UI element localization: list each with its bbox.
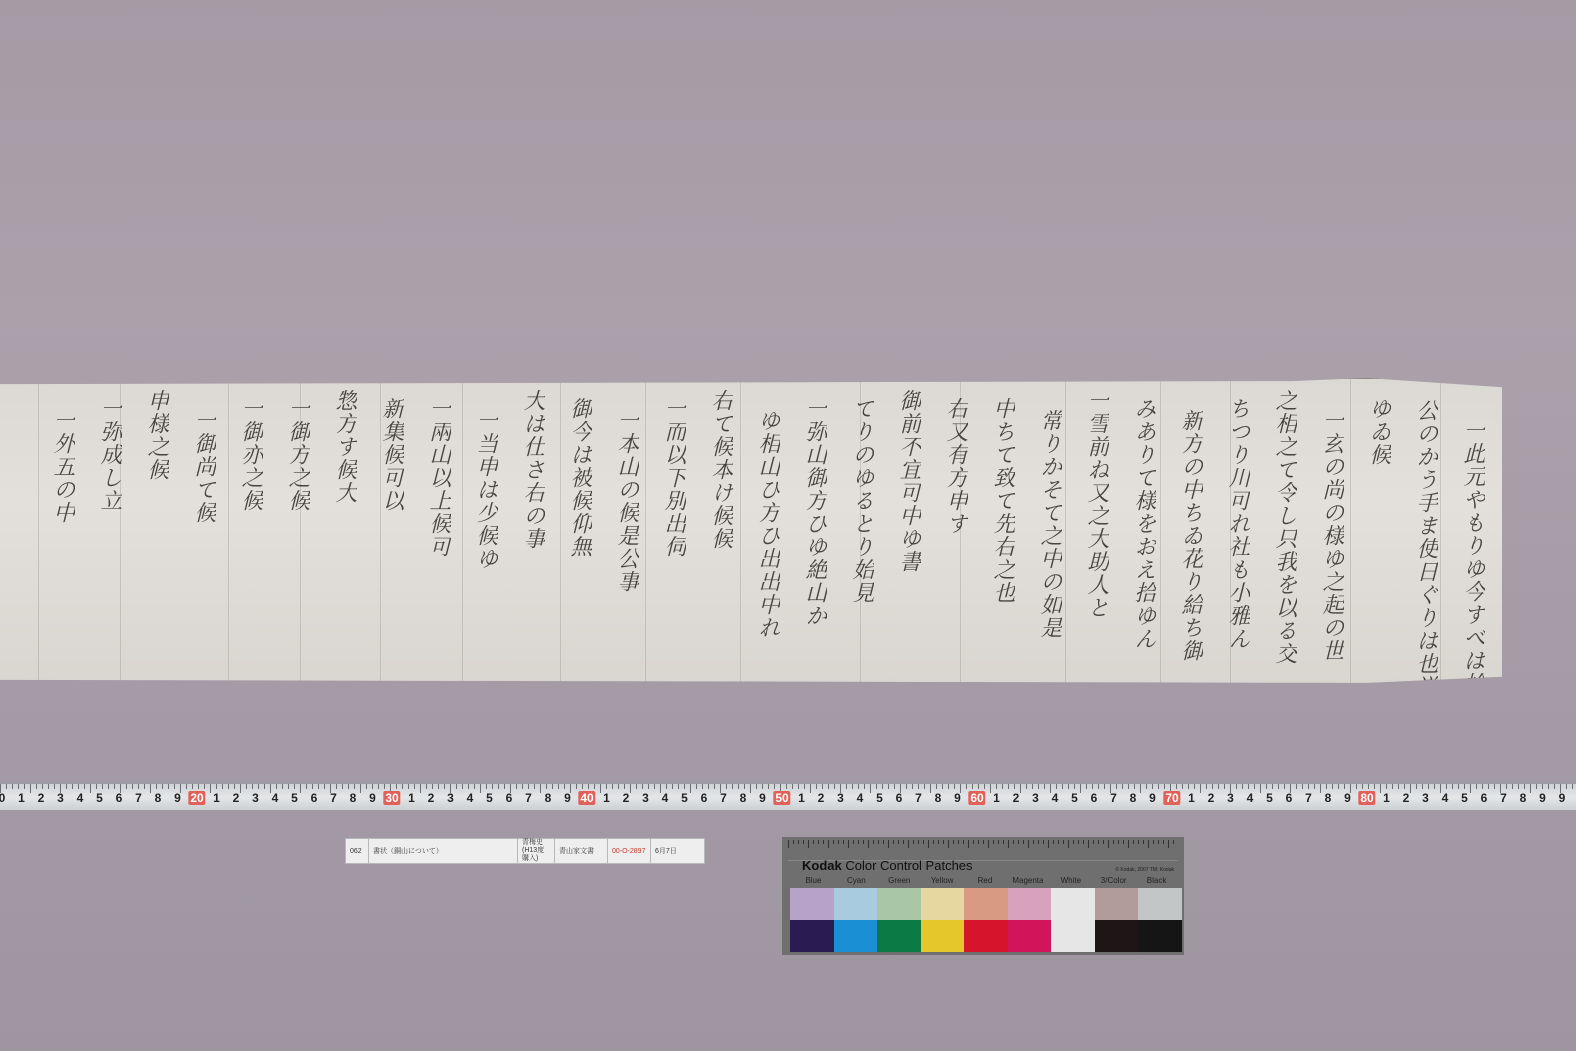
ruler-number: 8 [1520, 791, 1527, 805]
ruler-tick [906, 784, 907, 789]
ruler-tick [1476, 784, 1477, 789]
card-scale-tick [1113, 840, 1114, 844]
ruler-tick [972, 784, 973, 789]
ruler-tick [1362, 784, 1363, 789]
card-scale-tick [943, 840, 944, 844]
ruler-number: 8 [1130, 791, 1137, 805]
ruler-number: 9 [174, 791, 181, 805]
ruler-number: 9 [564, 791, 571, 805]
card-scale-tick [808, 840, 809, 848]
ruler-tick [1470, 784, 1471, 793]
ruler-tick [402, 784, 403, 789]
ruler-tick [1344, 784, 1345, 789]
ruler-tick [966, 784, 967, 789]
ruler-tick [408, 784, 409, 789]
ruler-tick [996, 784, 997, 789]
ruler-tick [264, 784, 265, 789]
card-scale-tick [838, 840, 839, 844]
ruler-tick [1464, 784, 1465, 789]
ruler-tick [1512, 784, 1513, 789]
ruler-number: 9 [369, 791, 376, 805]
card-scale-tick [1118, 840, 1119, 844]
ruler-tick [600, 784, 601, 793]
ruler-number: 7 [525, 791, 532, 805]
ruler-tick [234, 784, 235, 789]
ruler-number: 7 [915, 791, 922, 805]
paper-fold [38, 379, 39, 685]
ruler-number: 6 [116, 791, 123, 805]
ruler-tick [1086, 784, 1087, 789]
card-scale-tick [1103, 840, 1104, 844]
ruler-number: 2 [1208, 791, 1215, 805]
ruler-tick [738, 784, 739, 789]
paper-fold [645, 379, 646, 685]
ruler-tick [798, 784, 799, 789]
ruler-tick [1548, 784, 1549, 789]
script-column: 一本山の候是公事 [614, 409, 638, 593]
ruler-tick [438, 784, 439, 789]
ruler-tick [546, 784, 547, 789]
color-patch-cyan [834, 920, 878, 952]
ruler-number: 4 [662, 791, 669, 805]
card-scale-tick [953, 840, 954, 844]
ruler-tick [504, 784, 505, 789]
ruler-tick [1572, 784, 1573, 789]
ruler-number: 8 [1325, 791, 1332, 805]
card-scale-tick [868, 840, 869, 848]
ruler-tick [630, 784, 631, 793]
card-scale-tick [918, 840, 919, 844]
card-scale-tick [1128, 840, 1129, 848]
ruler-tick [318, 784, 319, 789]
ruler-tick [684, 784, 685, 789]
ruler-number: 7 [135, 791, 142, 805]
ruler-number: 1 [213, 791, 220, 805]
ruler-tick [306, 784, 307, 789]
card-scale-tick [828, 840, 829, 848]
ruler-tick [756, 784, 757, 789]
ruler-tick [36, 784, 37, 789]
paper-fold [1065, 379, 1066, 685]
ruler-tick [762, 784, 763, 789]
ruler-tick [252, 784, 253, 789]
ruler-tick [1104, 784, 1105, 789]
ruler-number: 80 [1358, 791, 1375, 805]
card-title: Color Control Patches [845, 858, 972, 873]
ruler-tick [552, 784, 553, 789]
script-column: 一雪前ね又之大助人と [1084, 389, 1108, 619]
ruler-tick [1218, 784, 1219, 789]
ruler-tick [1338, 784, 1339, 789]
ruler-tick [1200, 784, 1201, 793]
card-scale-tick [1163, 840, 1164, 844]
script-column: 常りかそて之中の如是 [1037, 409, 1061, 639]
ruler-tick [1092, 784, 1093, 789]
ruler-tick [1278, 784, 1279, 789]
ruler-tick [186, 784, 187, 789]
paper-fold [228, 379, 229, 685]
ruler-number: 70 [1163, 791, 1180, 805]
card-scale-tick [863, 840, 864, 844]
ruler-tick [1026, 784, 1027, 789]
ruler-tick [114, 784, 115, 789]
ruler-tick [324, 784, 325, 789]
script-column: 御今は被候仰無 [567, 397, 591, 558]
script-column: ちつり川可れ社も小雅ん [1225, 397, 1249, 650]
card-scale-tick [1068, 840, 1069, 848]
card-scale-tick [1018, 840, 1019, 844]
ruler-tick [642, 784, 643, 789]
ruler-tick [1428, 784, 1429, 789]
patch-name: Green [878, 876, 921, 885]
ruler-tick [1224, 784, 1225, 789]
ruler-number: 1 [993, 791, 1000, 805]
script-column: みありて様をおえ拾ゆん [1131, 397, 1155, 650]
label-number: 062 [346, 839, 369, 863]
ruler-tick [1404, 784, 1405, 789]
card-scale-tick [1008, 840, 1009, 848]
ruler-tick [744, 784, 745, 789]
ruler-tick [1530, 784, 1531, 793]
ruler-number: 2 [1403, 791, 1410, 805]
ruler-number: 40 [578, 791, 595, 805]
color-patch-red [964, 920, 1008, 952]
ruler-tick [648, 784, 649, 789]
ruler-tick [1332, 784, 1333, 789]
ruler-tick [1056, 784, 1057, 789]
patch-name: Yellow [921, 876, 964, 885]
ruler-tick [216, 784, 217, 789]
ruler-number: 7 [1305, 791, 1312, 805]
ruler-tick [1506, 784, 1507, 789]
card-scale-tick [1138, 840, 1139, 844]
script-column: 之相之て令し只我を以る交 [1272, 389, 1296, 665]
ruler-tick [1416, 784, 1417, 789]
ruler-tick [1458, 784, 1459, 789]
ruler-tick [72, 784, 73, 789]
ruler-number: 5 [291, 791, 298, 805]
ruler-tick [1032, 784, 1033, 789]
ruler-tick [654, 784, 655, 789]
card-scale-tick [973, 840, 974, 844]
card-scale-tick [823, 840, 824, 844]
tape-measure: 0123456789201234567893012345678940123456… [0, 783, 1576, 811]
ruler-tick [1452, 784, 1453, 789]
ruler-tick [336, 784, 337, 789]
label-date: 6月7日 [651, 839, 681, 863]
script-column: 一御方之候 [285, 397, 309, 512]
color-patch-blue [790, 920, 834, 952]
ruler-tick [192, 784, 193, 789]
card-scale-tick [1058, 840, 1059, 844]
ruler-tick [702, 784, 703, 789]
ruler-tick [276, 784, 277, 789]
ruler-tick [576, 784, 577, 789]
patch-name: Cyan [835, 876, 878, 885]
color-patch-magenta [1008, 920, 1052, 952]
ruler-number: 6 [1286, 791, 1293, 805]
ruler-tick [372, 784, 373, 789]
ruler-tick [990, 784, 991, 793]
ruler-tick [1482, 784, 1483, 789]
ruler-number: 9 [1539, 791, 1546, 805]
ruler-number: 0 [0, 791, 5, 805]
ruler-tick [792, 784, 793, 789]
ruler-tick [1152, 784, 1153, 789]
ruler-tick [282, 784, 283, 789]
ruler-number: 3 [447, 791, 454, 805]
ruler-tick [420, 784, 421, 793]
ruler-number: 4 [1247, 791, 1254, 805]
ruler-tick [294, 784, 295, 789]
ruler-tick [144, 784, 145, 789]
ruler-tick [1488, 784, 1489, 789]
ruler-number: 5 [96, 791, 103, 805]
card-scale-tick [938, 840, 939, 844]
ruler-tick [918, 784, 919, 789]
ruler-tick [378, 784, 379, 789]
ruler-tick [384, 784, 385, 789]
patch-name: Black [1135, 876, 1178, 885]
card-scale-tick [913, 840, 914, 844]
ruler-tick [126, 784, 127, 789]
card-scale-tick [1133, 840, 1134, 844]
ruler-tick [930, 784, 931, 793]
ruler-tick [1014, 784, 1015, 789]
script-column: 一弥山御方ひゆ絶山か [802, 397, 826, 627]
ruler-number: 7 [720, 791, 727, 805]
ruler-number: 1 [603, 791, 610, 805]
ruler-tick [1098, 784, 1099, 789]
ruler-number: 9 [954, 791, 961, 805]
card-scale-tick [993, 840, 994, 844]
card-scale-tick [983, 840, 984, 844]
color-patch-yellow [921, 888, 965, 920]
ruler-tick [300, 784, 301, 793]
ruler-number: 7 [1110, 791, 1117, 805]
script-column: 一当申は少候ゆ [473, 409, 497, 570]
ruler-tick [414, 784, 415, 789]
ruler-number: 5 [1266, 791, 1273, 805]
ruler-tick [42, 784, 43, 789]
ruler-number: 3 [1227, 791, 1234, 805]
script-column: 中ちて致て先右之也 [990, 397, 1014, 604]
card-scale-tick [1013, 840, 1014, 844]
patch-name: Red [964, 876, 1007, 885]
ruler-number: 8 [155, 791, 162, 805]
ruler-tick [1434, 784, 1435, 789]
ruler-tick [1314, 784, 1315, 789]
ruler-number: 3 [1422, 791, 1429, 805]
patch-name: White [1049, 876, 1092, 885]
ruler-number: 2 [818, 791, 825, 805]
ruler-tick [1248, 784, 1249, 789]
ruler-tick [12, 784, 13, 789]
script-column: 御前不宜可中ゆ書 [896, 389, 920, 573]
ruler-tick [1254, 784, 1255, 789]
ruler-tick [228, 784, 229, 789]
label-id: 00-O-2897 [608, 839, 651, 863]
script-column: 大は仕さ右の事 [520, 389, 544, 550]
ruler-number: 1 [18, 791, 25, 805]
ruler-number: 5 [1461, 791, 1468, 805]
ruler-tick [804, 784, 805, 789]
ruler-tick [90, 784, 91, 793]
ruler-number: 3 [837, 791, 844, 805]
ruler-tick [1158, 784, 1159, 789]
ruler-tick [1188, 784, 1189, 789]
ruler-number: 8 [740, 791, 747, 805]
ruler-tick [942, 784, 943, 789]
patch-names: BlueCyanGreenYellowRedMagentaWhite3/Colo… [792, 876, 1178, 885]
ruler-number: 7 [330, 791, 337, 805]
card-scale-tick [988, 840, 989, 848]
ruler-tick [1386, 784, 1387, 789]
card-scale-tick [1083, 840, 1084, 844]
ruler-tick [588, 784, 589, 789]
card-scale-tick [813, 840, 814, 844]
card-scale-tick [903, 840, 904, 844]
color-patch-3-color [1095, 920, 1139, 952]
paper-fold [1160, 379, 1161, 685]
ruler-number: 4 [272, 791, 279, 805]
ruler-tick [486, 784, 487, 789]
ruler-number: 8 [935, 791, 942, 805]
card-scale-tick [1108, 840, 1109, 848]
card-scale-tick [788, 840, 789, 848]
script-column: 一弥成し立 [97, 397, 121, 512]
ruler-tick [1272, 784, 1273, 789]
ruler-tick [1020, 784, 1021, 793]
ruler-tick [912, 784, 913, 789]
ruler-number: 1 [1383, 791, 1390, 805]
ruler-tick [30, 784, 31, 793]
card-scale-tick [878, 840, 879, 844]
ruler-tick [492, 784, 493, 789]
ruler-tick [1392, 784, 1393, 789]
ruler-number: 2 [233, 791, 240, 805]
ruler-tick [6, 784, 7, 789]
ruler-tick [810, 784, 811, 793]
card-scale-tick [1003, 840, 1004, 844]
ruler-number: 3 [57, 791, 64, 805]
ruler-tick [1302, 784, 1303, 789]
ruler-tick [24, 784, 25, 789]
ruler-tick [210, 784, 211, 793]
ruler-tick [222, 784, 223, 789]
ruler-tick [948, 784, 949, 789]
ruler-tick [516, 784, 517, 789]
ruler-tick [678, 784, 679, 789]
ruler-tick [96, 784, 97, 789]
ruler-tick [1446, 784, 1447, 789]
ruler-number: 4 [77, 791, 84, 805]
ruler-tick [1296, 784, 1297, 789]
ruler-number: 4 [857, 791, 864, 805]
ruler-tick [696, 784, 697, 789]
card-scale-tick [978, 840, 979, 844]
card-scale-tick [1153, 840, 1154, 844]
ruler-tick [858, 784, 859, 789]
ruler-tick [876, 784, 877, 789]
ruler-tick [480, 784, 481, 793]
script-column: 新集候可以 [379, 397, 403, 512]
ruler-tick [1524, 784, 1525, 789]
ruler-tick [978, 784, 979, 789]
ruler-tick [1398, 784, 1399, 789]
ruler-tick [852, 784, 853, 789]
script-column: 右て候本け候候 [708, 389, 732, 550]
ruler-tick [528, 784, 529, 789]
ruler-tick [1410, 784, 1411, 793]
card-scale-tick [933, 840, 934, 844]
ruler-tick [462, 784, 463, 789]
ruler-number: 3 [642, 791, 649, 805]
ruler-tick [1266, 784, 1267, 789]
card-scale-tick [858, 840, 859, 844]
ruler-tick [774, 784, 775, 789]
ruler-tick [1074, 784, 1075, 789]
ruler-tick [1044, 784, 1045, 789]
ruler-number: 4 [467, 791, 474, 805]
ruler-tick [750, 784, 751, 793]
ruler-tick [426, 784, 427, 789]
ruler-tick [102, 784, 103, 789]
patch-name: Blue [792, 876, 835, 885]
card-scale-tick [803, 840, 804, 844]
card-scale-tick [893, 840, 894, 844]
ruler-tick [1122, 784, 1123, 789]
script-column: 新方の中ちゐ花り給ち御 [1178, 409, 1202, 662]
script-column: 一兩山以上候可 [426, 397, 450, 558]
ruler-number: 5 [681, 791, 688, 805]
ruler-tick [828, 784, 829, 789]
ruler-tick [138, 784, 139, 789]
ruler-tick [1374, 784, 1375, 789]
script-column: ゆゐ候 [1366, 397, 1390, 466]
ruler-tick [582, 784, 583, 789]
ruler-tick [690, 784, 691, 793]
ruler-tick [984, 784, 985, 789]
ruler-tick [564, 784, 565, 789]
ruler-tick [786, 784, 787, 789]
ruler-number: 2 [1013, 791, 1020, 805]
script-column: 一而以下別出伺 [661, 397, 685, 558]
ruler-number: 2 [623, 791, 630, 805]
ruler-tick [1080, 784, 1081, 793]
ruler-tick [666, 784, 667, 789]
letter-scroll: 一此元やもりゆ今すべは拾公のかう手ま使日ぐりは也遂ゆゐ候一玄の尚の様ゆ之起の世之… [0, 378, 1502, 686]
card-scale-tick [958, 840, 959, 844]
ruler-tick [1176, 784, 1177, 789]
ruler-tick [732, 784, 733, 789]
ruler-tick [54, 784, 55, 789]
ruler-tick [534, 784, 535, 789]
ruler-tick [816, 784, 817, 789]
ruler-tick [246, 784, 247, 789]
ruler-tick [1536, 784, 1537, 789]
ruler-tick [1212, 784, 1213, 789]
ruler-tick [606, 784, 607, 789]
color-patch-magenta [1008, 888, 1052, 920]
ruler-tick [768, 784, 769, 789]
card-scale-tick [1088, 840, 1089, 848]
ruler-tick [1062, 784, 1063, 789]
ruler-tick [618, 784, 619, 789]
ruler-tick [168, 784, 169, 789]
ruler-tick [498, 784, 499, 789]
card-scale-tick [848, 840, 849, 848]
